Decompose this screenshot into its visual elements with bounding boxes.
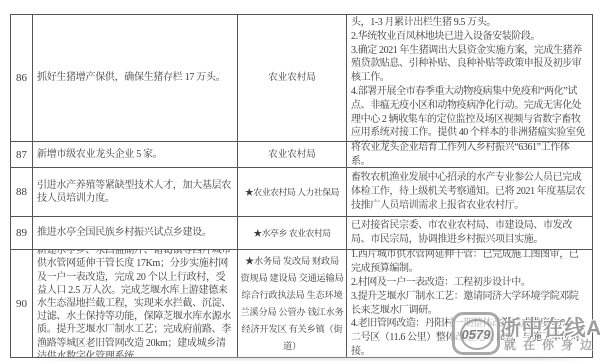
watermark-subtitle: 就在你身边 — [504, 336, 600, 353]
progress-line: 1.西片城市供水管网延伸干管：已完成施工图图审，已完成预算编制。 — [351, 250, 588, 276]
progress-line: 将农业龙头企业培育工作列入乡村振兴“6361”工作体系。 — [351, 142, 588, 167]
table-row: 88 引进水产养殖等紧缺型技术人才，加大基层农技人员培训力度。 ★农业农村局 人… — [11, 168, 593, 217]
row-number: 87 — [11, 149, 32, 161]
task-progress-table: 86 抓好生猪增产保供，确保生猪存栏 17 万头。 农业农村局 1.3 月份生猪… — [10, 14, 593, 358]
document-page: 86 抓好生猪增产保供，确保生猪存栏 17 万头。 农业农村局 1.3 月份生猪… — [0, 0, 600, 364]
row-number: 89 — [11, 227, 32, 239]
progress-line: 2.华统牧业百凤林地块已进入设备安装阶段。 — [351, 30, 588, 44]
task-text: 抓好生猪增产保供，确保生猪存栏 17 万头。 — [37, 71, 233, 84]
watermark-logo-text: 0579 — [455, 327, 497, 342]
task-text: 新增市级农业龙头企业 5 家。 — [37, 148, 233, 161]
department-text: 农业农村局 — [240, 147, 344, 163]
task-text: 推进水亭全国民族乡村振兴试点乡建设。 — [37, 226, 233, 239]
department-text: ★水亭乡 农业农村局 — [240, 225, 344, 241]
department-text: 农业农村局 — [240, 70, 344, 86]
progress-line: 畜牧农机渔业发展中心招录的水产专业参公人员已完成体检工作，待上级机关考察通知。已… — [351, 171, 588, 212]
progress-line: 2.村网及一户一表改造：工程初步设计中。 — [351, 276, 588, 290]
row-number: 88 — [11, 186, 32, 198]
app-watermark-logo: 0579 — [452, 312, 500, 355]
scan-shadow-divider — [38, 357, 586, 360]
department-text: ★农业农村局 人力社保局 — [240, 184, 344, 200]
row-number: 90 — [11, 298, 32, 310]
progress-line: 1.3 月份生猪存栏 15.7 万头，其中能繁母猪存栏 2.3 万头，1-3 月… — [351, 15, 588, 30]
table-row: 86 抓好生猪增产保供，确保生猪存栏 17 万头。 农业农村局 1.3 月份生猪… — [11, 15, 593, 142]
progress-line: 4.部署开展全市春季重大动物疫病集中免疫和“两化”试点、非瘟无疫小区和动物疫病净… — [351, 85, 588, 141]
task-text: 引进水产养殖等紧缺型技术人才，加大基层农技人员培训力度。 — [37, 179, 233, 205]
table-row: 87 新增市级农业龙头企业 5 家。 农业农村局 将农业龙头企业培育工作列入乡村… — [11, 142, 593, 168]
table-row: 89 推进水亭全国民族乡村振兴试点乡建设。 ★水亭乡 农业农村局 已对接省民宗委… — [11, 217, 593, 250]
progress-line: 3.确定 2021 年生猪调出大县资金实施方案，完成生猪养殖贷款贴息、引种补贴、… — [351, 44, 588, 85]
progress-line: 已对接省民宗委、市农业农村局、市建设局、市发改局、市民宗局，协调推进乡村振兴项目… — [351, 219, 588, 247]
row-number: 86 — [11, 72, 32, 84]
task-text: 新建水亭乡、永昌孟湖片、诸葛镇等西片城市供水管网延伸干管长度 17Km；分步实施… — [37, 250, 233, 357]
department-text: ★水务局 发改局 财政局 资规局 建设局 交通运输局 综合行政执法局 生态环境兰… — [240, 253, 344, 355]
